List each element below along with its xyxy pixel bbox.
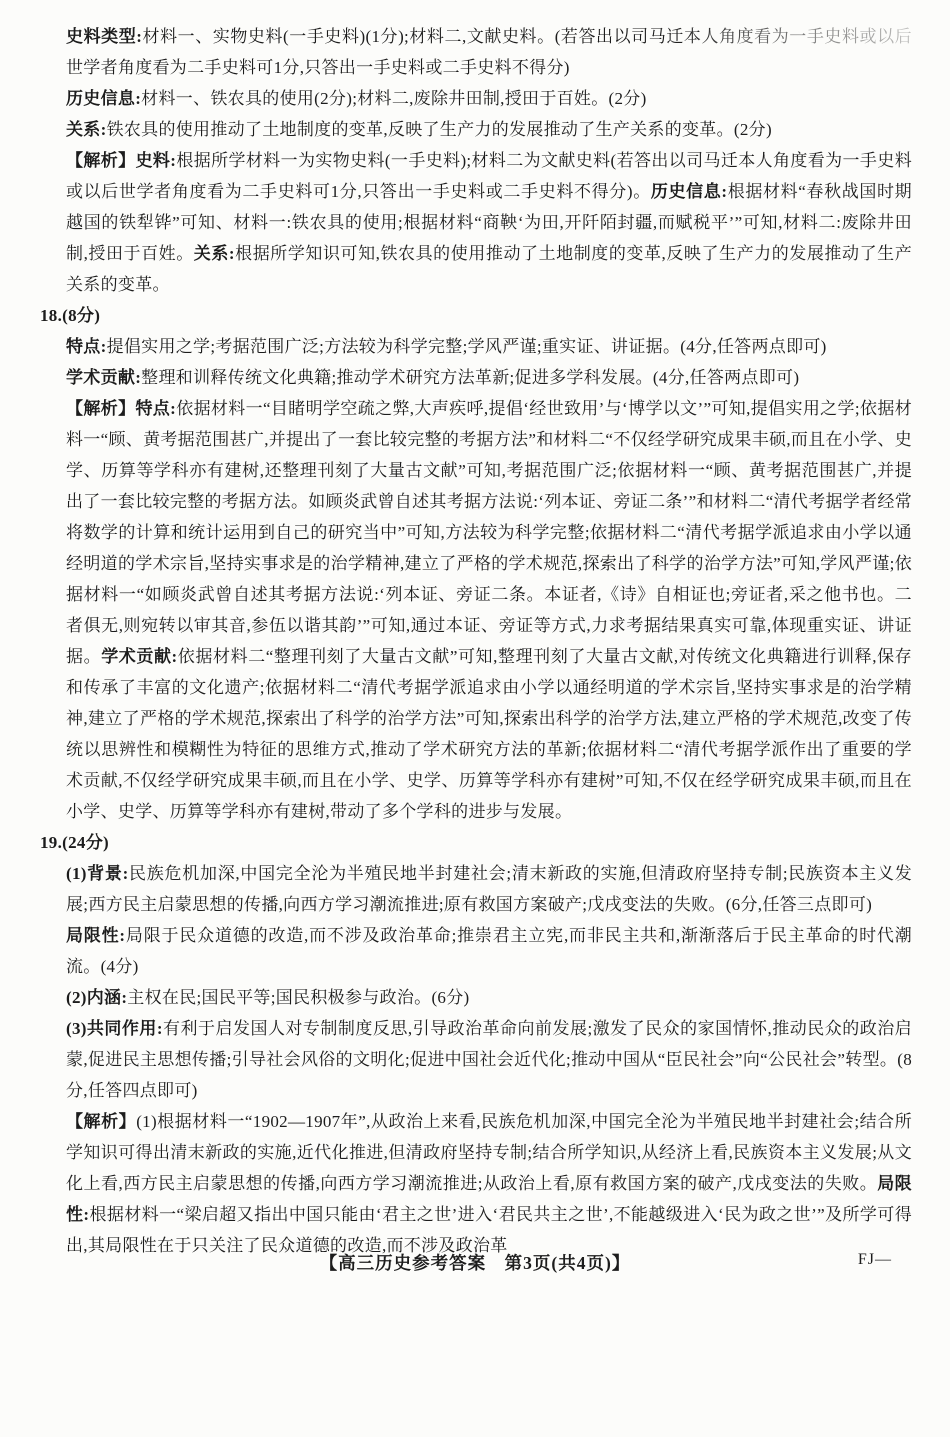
answer-text: (1)根据材料一“1902—1907年”,从政治上来看,民族危机加深,中国完全沦… — [66, 1112, 912, 1193]
answer-key-term: 特点: — [66, 337, 107, 356]
question-number: 18.(8分) — [40, 300, 912, 331]
answer-key-term: 学术贡献: — [101, 647, 177, 666]
answer-text: 依据材料一“目睹明学空疏之弊,大声疾呼,提倡‘经世致用’与‘博学以文’”可知,提… — [66, 399, 912, 666]
answer-paragraph: (2)内涵:主权在民;国民平等;国民积极参与政治。(6分) — [66, 982, 912, 1013]
answer-paragraph: 局限性:局限于民众道德的改造,而不涉及政治革命;推崇君主立宪,而非民主共和,渐渐… — [66, 920, 912, 982]
answer-text: 民族危机加深,中国完全沦为半殖民地半封建社会;清末新政的实施,但清政府坚持专制;… — [66, 864, 912, 914]
answer-key-term: 史料类型: — [66, 27, 142, 46]
answer-key-term: (2)内涵: — [66, 988, 127, 1007]
answer-text: 整理和训释传统文化典籍;推动学术研究方法革新;促进多学科发展。(4分,任答两点即… — [141, 368, 799, 387]
answer-text: 铁农具的使用推动了土地制度的变革,反映了生产力的发展推动了生产关系的变革。(2分… — [107, 120, 772, 139]
answer-content: 史料类型:材料一、实物史料(一手史料)(1分);材料二,文献史料。(若答出以司马… — [40, 21, 912, 1261]
answer-section: 19.(24分)(1)背景:民族危机加深,中国完全沦为半殖民地半封建社会;清末新… — [40, 827, 912, 1261]
answer-paragraph: 特点:提倡实用之学;考据范围广泛;方法较为科学完整;学风严谨;重实证、讲证据。(… — [66, 331, 912, 362]
answer-paragraph: 学术贡献:整理和训释传统文化典籍;推动学术研究方法革新;促进多学科发展。(4分,… — [66, 362, 912, 393]
answer-key-term: 【解析】 — [66, 1112, 136, 1131]
answer-paragraph: 【解析】史料:根据所学材料一为实物史料(一手史料);材料二为文献史料(若答出以司… — [66, 145, 912, 300]
answer-text: 材料一、铁农具的使用(2分);材料二,废除井田制,授田于百姓。(2分) — [141, 89, 646, 108]
answer-text: 依据材料二“整理刊刻了大量古文献”可知,整理刊刻了大量古文献,对传统文化典籍进行… — [66, 647, 912, 821]
answer-key-term: 关系: — [194, 244, 235, 263]
page-footer: 【高三历史参考答案 第3页(共4页)】 FJ— — [0, 1250, 950, 1282]
answer-key-term: 关系: — [66, 120, 107, 139]
answer-paragraph: 历史信息:材料一、铁农具的使用(2分);材料二,废除井田制,授田于百姓。(2分) — [66, 83, 912, 114]
answer-text: 有利于启发国人对专制制度反思,引导政治革命向前发展;激发了民众的家国情怀,推动民… — [66, 1019, 912, 1100]
answer-key-term: 历史信息: — [651, 182, 728, 201]
answer-text: 根据材料一“梁启超又指出中国只能由‘君主之世’进入‘君民共主之世’,不能越级进入… — [66, 1205, 912, 1255]
answer-paragraph: (1)背景:民族危机加深,中国完全沦为半殖民地半封建社会;清末新政的实施,但清政… — [66, 858, 912, 920]
answer-paragraph: (3)共同作用:有利于启发国人对专制制度反思,引导政治革命向前发展;激发了民众的… — [66, 1013, 912, 1106]
answer-key-term: 历史信息: — [66, 89, 141, 108]
answer-key-term: 【解析】特点: — [66, 399, 176, 418]
answer-text: 主权在民;国民平等;国民积极参与政治。(6分) — [127, 988, 469, 1007]
answer-key-term: (3)共同作用: — [66, 1019, 163, 1038]
answer-key-term: 【解析】史料: — [66, 151, 176, 170]
answer-section: 史料类型:材料一、实物史料(一手史料)(1分);材料二,文献史料。(若答出以司马… — [40, 21, 912, 300]
answer-text: 材料一、实物史料(一手史料)(1分);材料二,文献史料。(若答出以司马迁本人角度… — [66, 27, 912, 77]
answer-paragraph: 史料类型:材料一、实物史料(一手史料)(1分);材料二,文献史料。(若答出以司马… — [66, 21, 912, 83]
answer-text: 提倡实用之学;考据范围广泛;方法较为科学完整;学风严谨;重实证、讲证据。(4分,… — [107, 337, 827, 356]
scanned-answer-page: 史料类型:材料一、实物史料(一手史料)(1分);材料二,文献史料。(若答出以司马… — [0, 0, 950, 1437]
footer-page-info: 【高三历史参考答案 第3页(共4页)】 — [0, 1250, 950, 1275]
answer-paragraph: 【解析】(1)根据材料一“1902—1907年”,从政治上来看,民族危机加深,中… — [66, 1106, 912, 1261]
answer-key-term: 局限性: — [66, 926, 125, 945]
answer-section: 18.(8分)特点:提倡实用之学;考据范围广泛;方法较为科学完整;学风严谨;重实… — [40, 300, 912, 827]
footer-code: FJ— — [858, 1251, 892, 1269]
answer-text: 局限于民众道德的改造,而不涉及政治革命;推崇君主立宪,而非民主共和,渐渐落后于民… — [66, 926, 912, 976]
answer-key-term: (1)背景: — [66, 864, 129, 883]
question-number: 19.(24分) — [40, 827, 912, 858]
answer-paragraph: 【解析】特点:依据材料一“目睹明学空疏之弊,大声疾呼,提倡‘经世致用’与‘博学以… — [66, 393, 912, 827]
answer-paragraph: 关系:铁农具的使用推动了土地制度的变革,反映了生产力的发展推动了生产关系的变革。… — [66, 114, 912, 145]
answer-key-term: 学术贡献: — [66, 368, 141, 387]
